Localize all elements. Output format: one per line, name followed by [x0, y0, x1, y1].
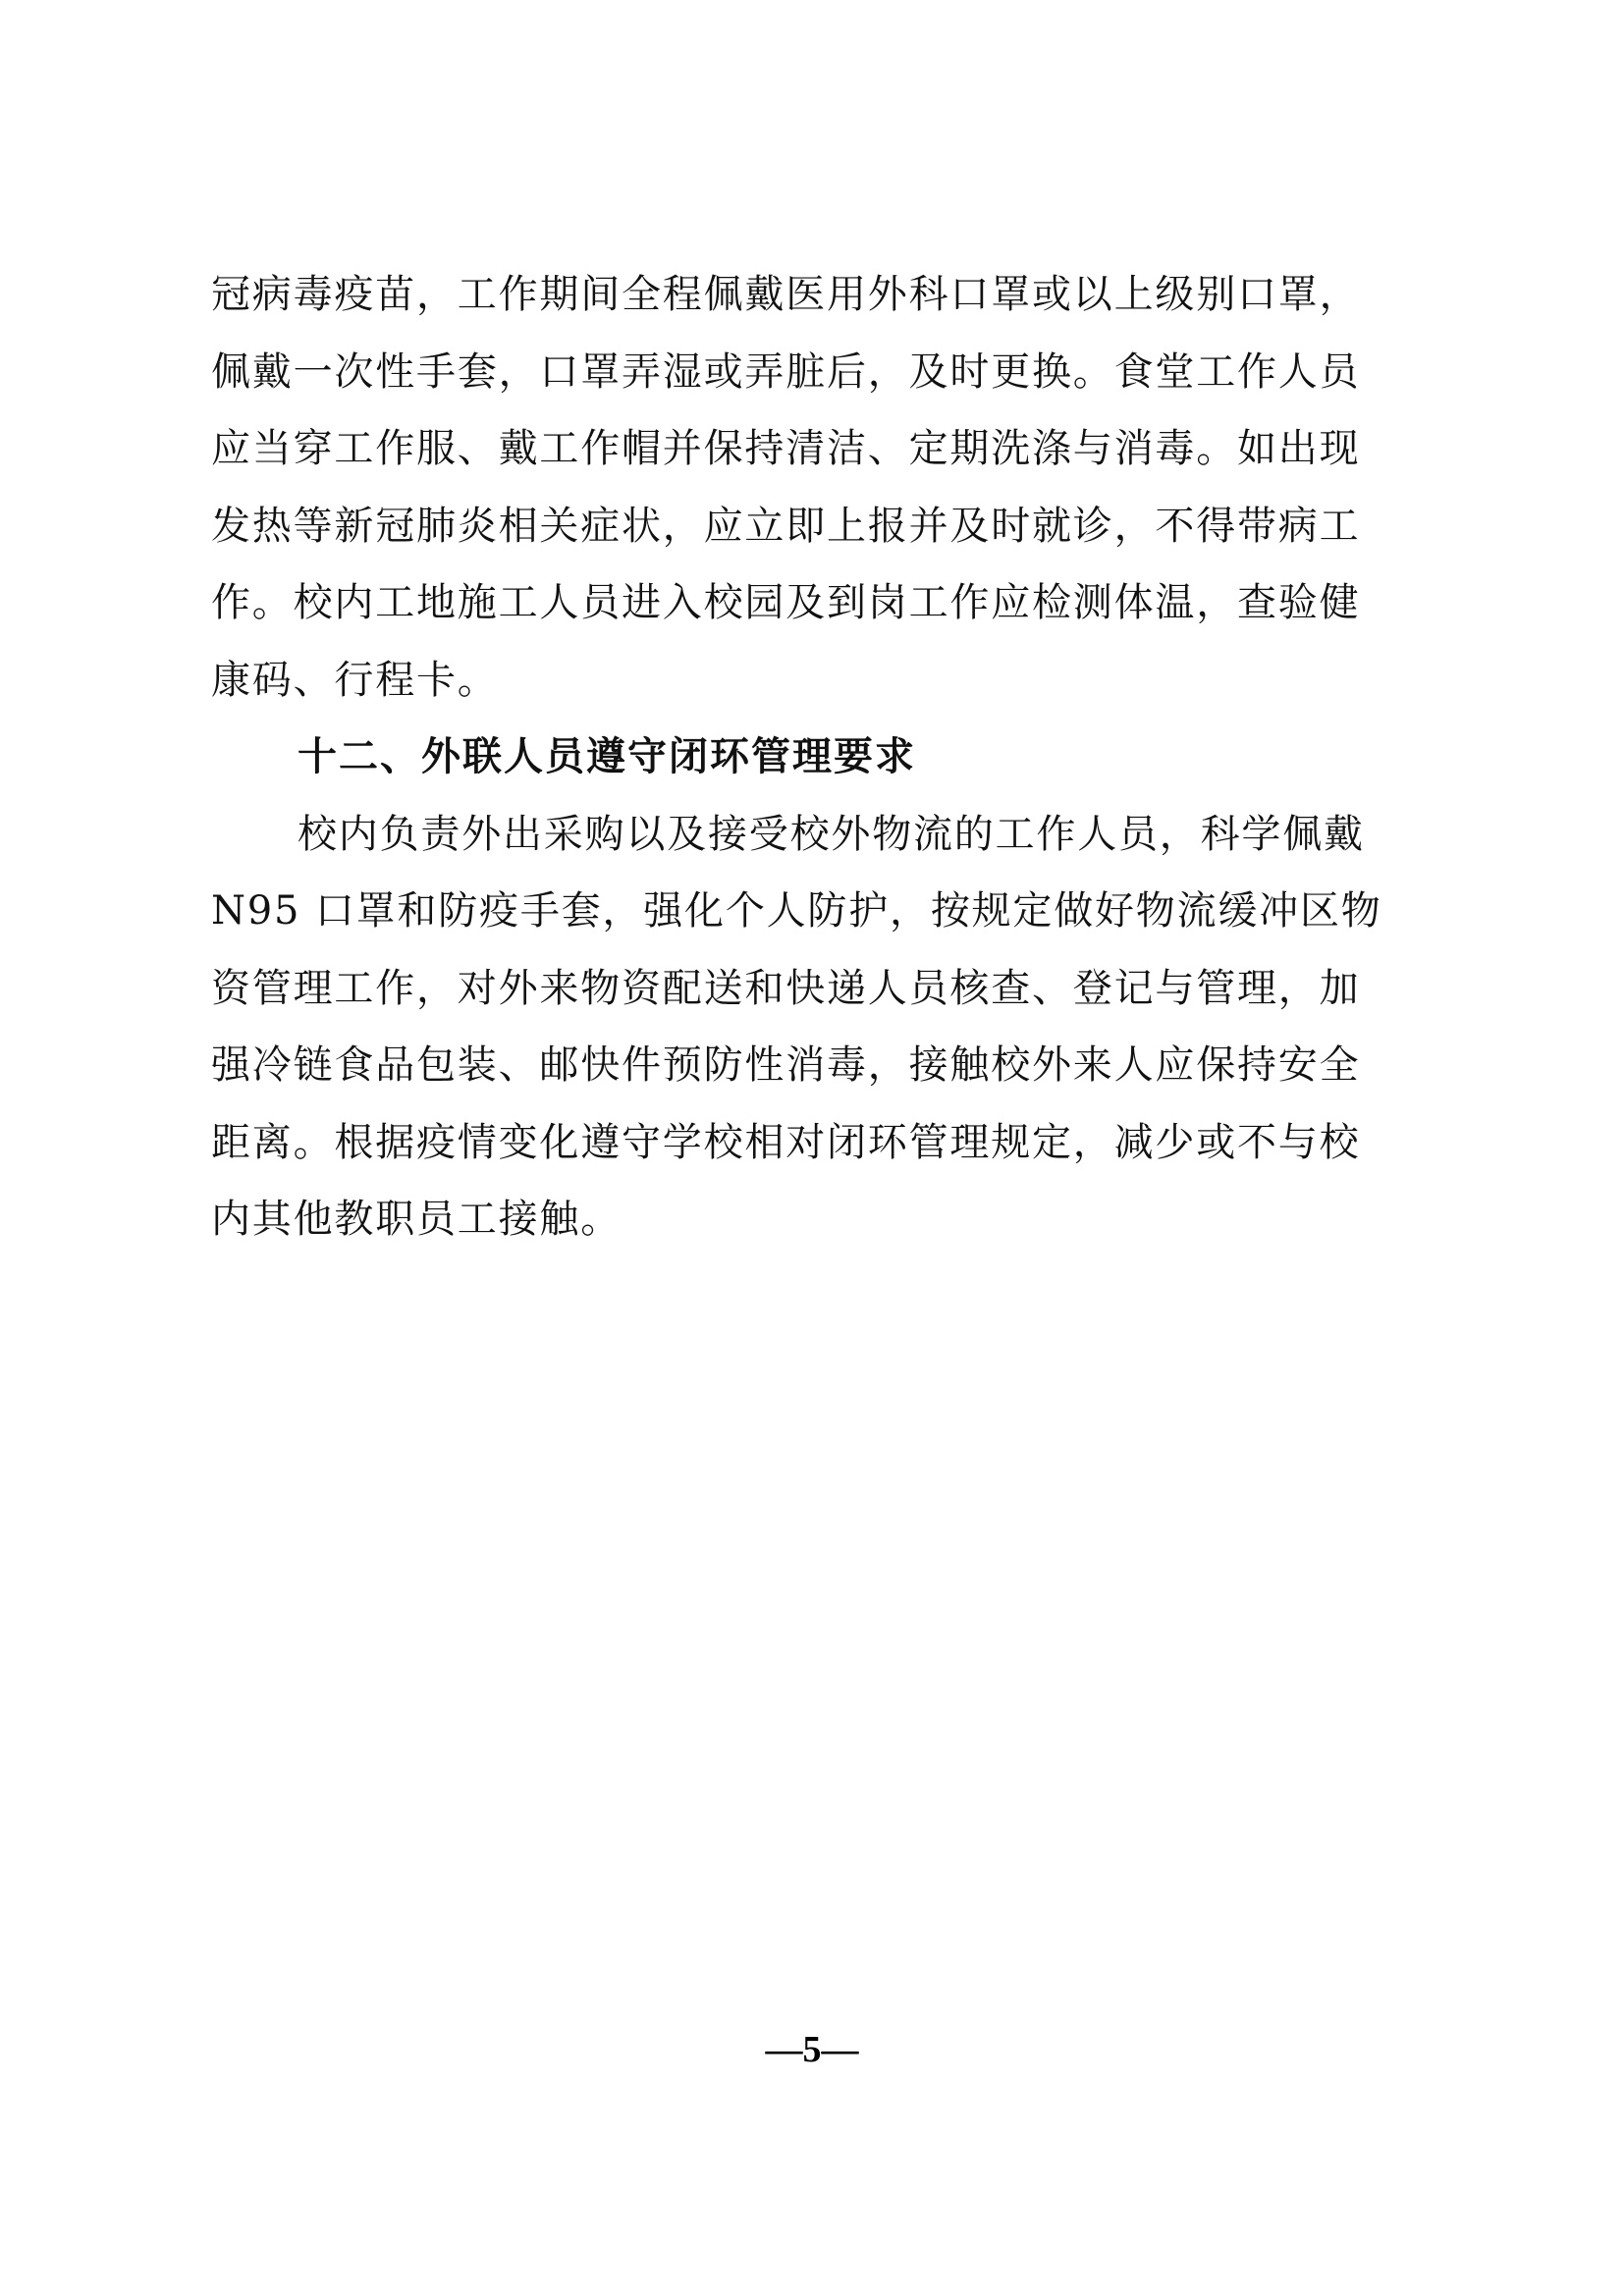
- paragraph-line: 作。校内工地施工人员进入校园及到岗工作应检测体温，查验健: [211, 573, 1429, 651]
- paragraph-line: N95 口罩和防疫手套，强化个人防护，按规定做好物流缓冲区物: [211, 881, 1429, 959]
- paragraph-line: 资管理工作，对外来物资配送和快递人员核查、登记与管理，加: [211, 959, 1429, 1037]
- paragraph-line: 内其他教职员工接触。: [211, 1190, 1429, 1267]
- paragraph-line: 距离。根据疫情变化遵守学校相对闭环管理规定，减少或不与校: [211, 1113, 1429, 1191]
- paragraph-line: 发热等新冠肺炎相关症状，应立即上报并及时就诊，不得带病工: [211, 497, 1429, 574]
- paragraph-line: 强冷链食品包装、邮快件预防性消毒，接触校外来人应保持安全: [211, 1036, 1429, 1113]
- paragraph-line: 校内负责外出采购以及接受校外物流的工作人员，科学佩戴: [211, 805, 1429, 882]
- document-body: 冠病毒疫苗，工作期间全程佩戴医用外科口罩或以上级别口罩， 佩戴一次性手套，口罩弄…: [211, 265, 1429, 1267]
- document-page: 冠病毒疫苗，工作期间全程佩戴医用外科口罩或以上级别口罩， 佩戴一次性手套，口罩弄…: [0, 0, 1624, 2296]
- section-heading: 十二、外联人员遵守闭环管理要求: [211, 727, 1429, 805]
- paragraph-line: 应当穿工作服、戴工作帽并保持清洁、定期洗涤与消毒。如出现: [211, 419, 1429, 497]
- paragraph-line: 康码、行程卡。: [211, 651, 1429, 728]
- paragraph-line: 冠病毒疫苗，工作期间全程佩戴医用外科口罩或以上级别口罩，: [211, 265, 1429, 343]
- paragraph-line: 佩戴一次性手套，口罩弄湿或弄脏后，及时更换。食堂工作人员: [211, 343, 1429, 420]
- page-number: —5—: [0, 2030, 1624, 2069]
